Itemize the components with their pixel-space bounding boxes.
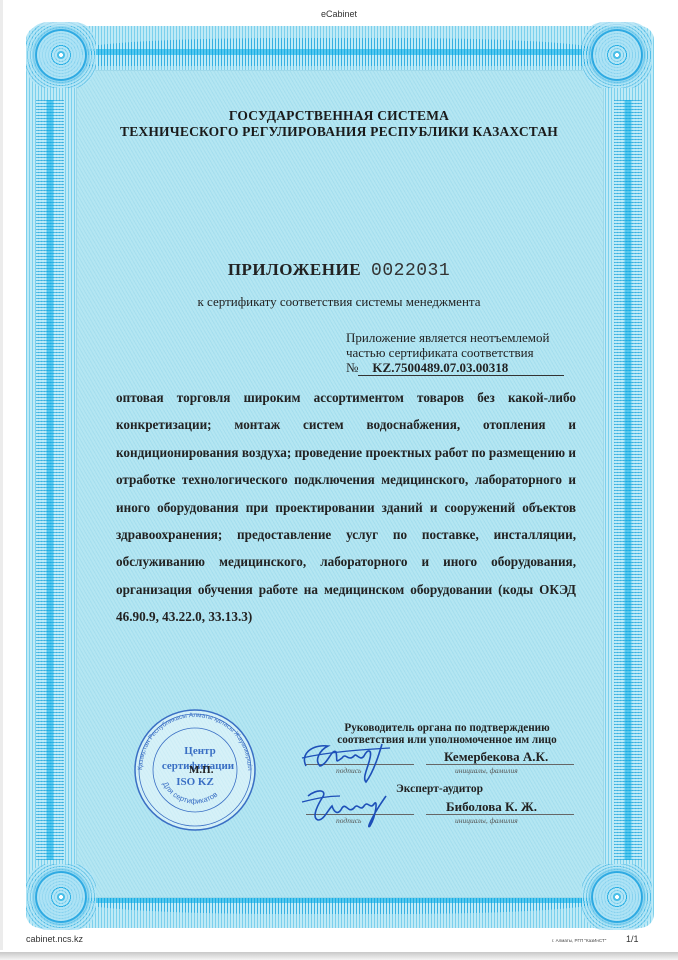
certificate-number: KZ.7500489.07.03.00318 <box>358 360 564 376</box>
footer-printer: г. Алматы, РГП "КазИнСТ" <box>552 938 606 943</box>
stamp-line-1: Центр <box>184 745 215 757</box>
rosette-icon <box>26 22 96 88</box>
expert-name: Биболова К. Ж. <box>446 799 537 815</box>
guilloche-band-right <box>614 100 642 860</box>
note-line-2: частью сертификата соответствия <box>346 345 564 360</box>
rosette-icon <box>582 864 652 930</box>
page-edge <box>0 0 3 950</box>
heading-line-1: ГОСУДАРСТВЕННАЯ СИСТЕМА <box>76 108 602 124</box>
note-line-1: Приложение является неотъемлемой <box>346 330 564 345</box>
page-shadow <box>0 952 678 960</box>
head-name: Кемербекова А.К. <box>444 749 548 765</box>
caption-initials: инициалы, фамилия <box>455 816 518 825</box>
head-title-line-1: Руководитель органа по подтверждению <box>322 722 572 734</box>
scope-text: оптовая торговля широким ассортиментом т… <box>116 384 576 631</box>
page-indicator: 1/1 <box>626 934 639 944</box>
certificate-number-line: №KZ.7500489.07.03.00318 <box>346 360 564 376</box>
rosette-icon <box>26 864 96 930</box>
handwritten-signature <box>298 734 398 784</box>
app-name: eCabinet <box>0 9 678 19</box>
footer-site: cabinet.ncs.kz <box>26 934 83 944</box>
top-bar: eCabinet <box>0 0 678 26</box>
annex-title: ПРИЛОЖЕНИЕ0022031 <box>76 260 602 281</box>
expert-title: Эксперт-аудитор <box>396 783 483 795</box>
rosette-icon <box>582 22 652 88</box>
guilloche-band-top <box>80 38 598 66</box>
heading-line-2: ТЕХНИЧЕСКОГО РЕГУЛИРОВАНИЯ РЕСПУБЛИКИ КА… <box>76 124 602 140</box>
seal-label: М.П. <box>189 764 213 776</box>
stamp-line-3: ISO KZ <box>176 776 214 788</box>
annex-number: 0022031 <box>371 261 450 281</box>
number-sign: № <box>346 360 358 375</box>
caption-initials: инициалы, фамилия <box>455 766 518 775</box>
annex-subtitle: к сертификату соответствия системы менед… <box>76 294 602 310</box>
handwritten-signature <box>298 782 398 832</box>
annex-label: ПРИЛОЖЕНИЕ <box>228 260 361 279</box>
annex-note: Приложение является неотъемлемой частью … <box>346 330 564 376</box>
guilloche-band-left <box>36 100 64 860</box>
